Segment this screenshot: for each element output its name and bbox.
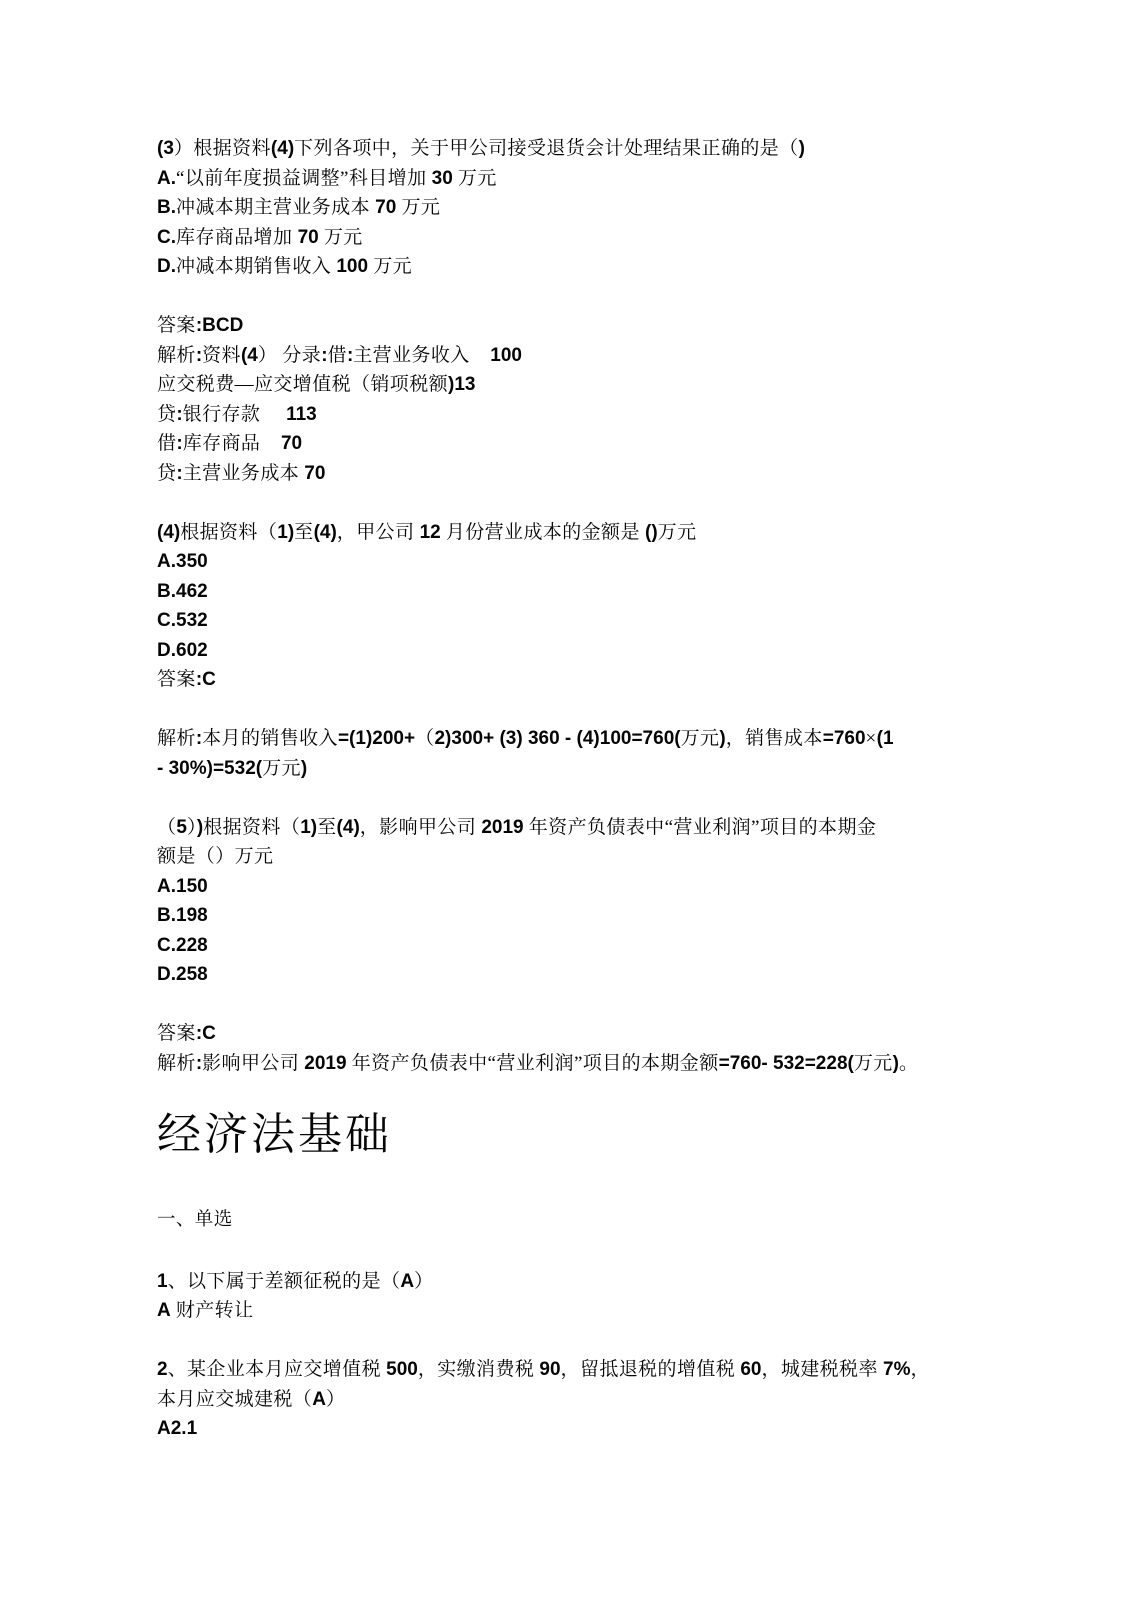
eclaw-question-1-block: 1、以下属于差额征税的是（A） A 财产转让 [157,1267,991,1326]
question-3-option-c: C.库存商品增加 70 万元 [157,223,991,253]
question-4-block: (4)根据资料（1)至(4)，甲公司 12 月份营业成本的金额是 ()万元 A.… [157,518,991,695]
question-3-analysis-entry-3: 贷:银行存款 113 [157,400,991,430]
eclaw-question-1-answer-a: A 财产转让 [157,1296,991,1326]
question-5-option-b: B.198 [157,901,991,931]
question-5-option-d: D.258 [157,960,991,990]
question-3-analysis-entry-5: 贷:主营业务成本 70 [157,459,991,489]
question-3-answer: 答案:BCD [157,311,991,341]
question-3-analysis-entry-4: 借:库存商品 70 [157,429,991,459]
eclaw-question-2-stem-line-2: 本月应交城建税（A） [157,1385,991,1415]
question-5-answer: 答案:C [157,1019,991,1049]
question-5-analysis: 解析:影响甲公司 2019 年资产负债表中“营业利润”项目的本期金额=760- … [157,1049,991,1079]
question-4-option-c: C.532 [157,606,991,636]
question-3-option-a: A.“以前年度损益调整”科目增加 30 万元 [157,164,991,194]
question-3-option-b: B.冲减本期主营业务成本 70 万元 [157,193,991,223]
question-5-stem-line-2: 额是（）万元 [157,842,991,872]
question-3-analysis-entry-1: 解析:资料(4） 分录:借:主营业务收入 100 [157,341,991,371]
eclaw-question-2-answer-a: A2.1 [157,1414,991,1444]
question-3-block: (3）根据资料(4)下列各项中，关于甲公司接受退货会计处理结果正确的是（) A.… [157,134,991,282]
question-4-analysis-line-2: - 30%)=532(万元) [157,754,991,784]
eclaw-question-2-block: 2、某企业本月应交增值税 500，实缴消费税 90，留抵退税的增值税 60，城建… [157,1355,991,1444]
eclaw-question-1-stem: 1、以下属于差额征税的是（A） [157,1267,991,1297]
question-4-option-b: B.462 [157,577,991,607]
question-5-stem-line-1: （5）)根据资料（1)至(4)，影响甲公司 2019 年资产负债表中“营业利润”… [157,813,991,843]
section-title-economic-law: 经济法基础 [157,1106,991,1164]
eclaw-question-2-stem-line-1: 2、某企业本月应交增值税 500，实缴消费税 90，留抵退税的增值税 60，城建… [157,1355,991,1385]
document-page: (3）根据资料(4)下列各项中，关于甲公司接受退货会计处理结果正确的是（) A.… [0,0,1131,1600]
question-5-option-a: A.150 [157,872,991,902]
question-3-option-d: D.冲减本期销售收入 100 万元 [157,252,991,282]
question-3-answer-block: 答案:BCD 解析:资料(4） 分录:借:主营业务收入 100 应交税费—应交增… [157,311,991,488]
question-4-analysis-line-1: 解析:本月的销售收入=(1)200+（2)300+ (3) 360 - (4)1… [157,724,991,754]
question-4-analysis-block: 解析:本月的销售收入=(1)200+（2)300+ (3) 360 - (4)1… [157,724,991,783]
question-5-option-c: C.228 [157,931,991,961]
question-4-option-d: D.602 [157,636,991,666]
question-4-answer: 答案:C [157,665,991,695]
question-4-stem: (4)根据资料（1)至(4)，甲公司 12 月份营业成本的金额是 ()万元 [157,518,991,548]
question-3-analysis-entry-2: 应交税费—应交增值税（销项税额)13 [157,370,991,400]
question-5-block: （5）)根据资料（1)至(4)，影响甲公司 2019 年资产负债表中“营业利润”… [157,813,991,990]
subsection-single-choice: 一、单选 [157,1206,991,1236]
question-3-stem: (3）根据资料(4)下列各项中，关于甲公司接受退货会计处理结果正确的是（) [157,134,991,164]
question-5-answer-block: 答案:C 解析:影响甲公司 2019 年资产负债表中“营业利润”项目的本期金额=… [157,1019,991,1078]
question-4-option-a: A.350 [157,547,991,577]
